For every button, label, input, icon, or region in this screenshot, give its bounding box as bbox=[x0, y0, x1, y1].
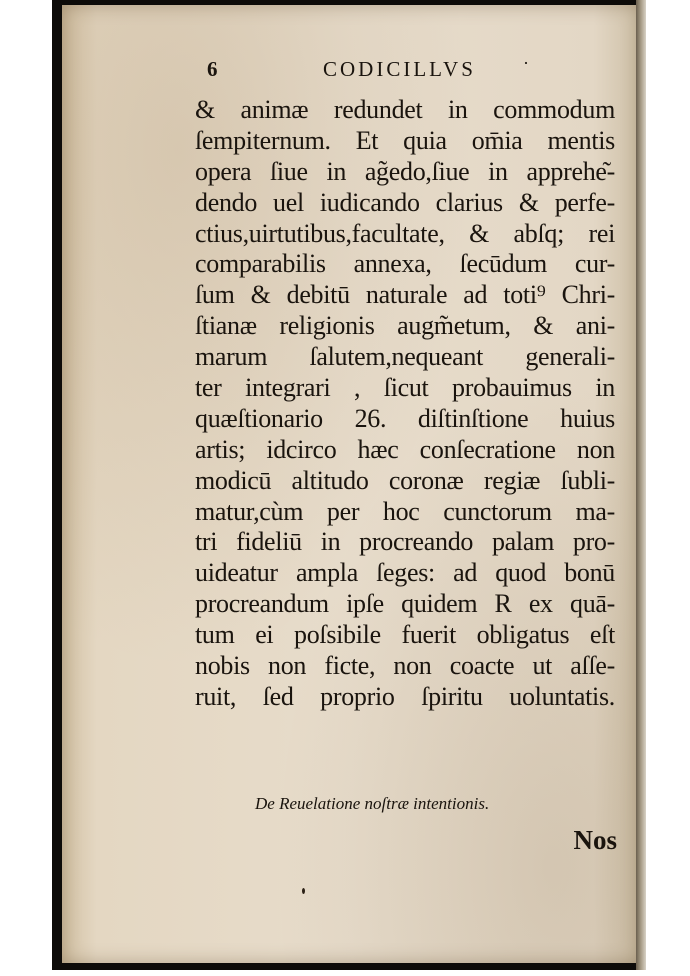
text-line: opera ſiue in ag̃edo,ſiue in apprehe͂- bbox=[195, 157, 615, 188]
text-line: ruit, ſed proprio ſpiritu uoluntatis. bbox=[195, 682, 615, 713]
running-head-mark: · bbox=[523, 53, 532, 74]
text-line: ſtianæ religionis augm̃etum, & ani- bbox=[195, 311, 615, 342]
text-line: quæſtionario 26. diſtinſtione huius bbox=[195, 404, 615, 435]
text-line: & animæ redundet in commodum bbox=[195, 95, 615, 126]
text-line: modicū altitudo coronæ regiæ ſubli- bbox=[195, 466, 615, 497]
running-head: 6 CODICILLVS · bbox=[195, 57, 615, 87]
text-line: matur,cùm per hoc cunctorum ma- bbox=[195, 497, 615, 528]
text-line: ſum & debitū naturale ad toti⁹ Chri- bbox=[195, 280, 615, 311]
book-page: 6 CODICILLVS · & animæ redundet in commo… bbox=[62, 5, 640, 963]
page-edge-shadow bbox=[636, 0, 646, 970]
section-subheading: De Reuelatione noſtræ intentionis. bbox=[255, 794, 489, 814]
text-line: artis; idcirco hæc conſecratione non bbox=[195, 435, 615, 466]
text-line: uideatur ampla ſeges: ad quod bonū bbox=[195, 558, 615, 589]
body-text: & animæ redundet in commodum ſempiternum… bbox=[195, 95, 615, 713]
text-line: comparabilis annexa, ſecūdum cur- bbox=[195, 249, 615, 280]
scan-background: 6 CODICILLVS · & animæ redundet in commo… bbox=[52, 0, 646, 970]
text-line: tri fideliū in procreando palam pro- bbox=[195, 527, 615, 558]
text-line: dendo uel iudicando clarius & perfe- bbox=[195, 188, 615, 219]
ink-speck bbox=[302, 888, 305, 894]
page-number: 6 bbox=[207, 57, 221, 82]
text-line: marum ſalutem,nequeant generali- bbox=[195, 342, 615, 373]
text-line: ſempiternum. Et quia om̄ia mentis bbox=[195, 126, 615, 157]
text-line: procreandum ipſe quidem R ex quā- bbox=[195, 589, 615, 620]
text-line: tum ei poſsibile fuerit obligatus eſt bbox=[195, 620, 615, 651]
text-line: nobis non ficte, non coacte ut aſſe- bbox=[195, 651, 615, 682]
catchword: Nos bbox=[573, 825, 617, 856]
text-line: ctius,uirtutibus,facultate, & abſq; rei bbox=[195, 219, 615, 250]
text-line: ter integrari , ſicut probauimus in bbox=[195, 373, 615, 404]
running-head-title: CODICILLVS bbox=[323, 57, 476, 82]
